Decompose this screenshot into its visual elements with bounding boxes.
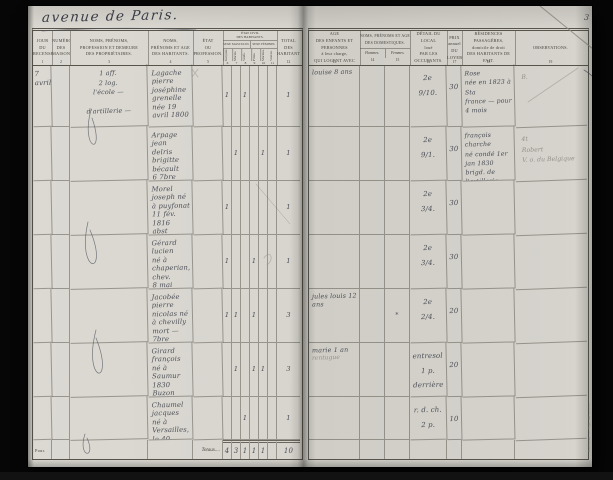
cell-filles: 1	[250, 289, 259, 343]
cell-mariees	[259, 181, 268, 235]
cell-filles	[250, 65, 259, 127]
header-domestiques-label-row: NOMS, PRÉNOMS ET AGE DES DOMESTIQUES.	[360, 31, 410, 49]
cell-proprietaire: 1 aff. 2 log. l'école — d'artillerie —	[69, 64, 148, 128]
cell-total: 1	[277, 181, 300, 235]
cell-maries: 1	[232, 289, 241, 343]
cell-veuves	[268, 343, 277, 397]
cell-detail-local: entresol 1 p. derrière 20	[409, 343, 447, 398]
cell-residences: Rose née en 1823 à Sta france — pour 4 m…	[461, 64, 515, 127]
cell-etat	[192, 65, 223, 128]
column-footnote: 15	[385, 58, 410, 65]
register-two-page-spread: avenue de Paris. 3 Pontoise. — Typ. de —…	[28, 6, 592, 467]
cell-domestiques-hommes	[360, 343, 385, 397]
header-etat-profession: ÉTAT OU PROFESSION.5	[193, 31, 224, 65]
footer-pour-label: Pour.	[33, 440, 52, 459]
cell-garcons: 1	[223, 289, 232, 343]
cell-proprietaire	[69, 180, 148, 236]
cell-proprietaire	[70, 396, 149, 441]
cell-etat	[192, 289, 223, 344]
enfants-ink	[312, 399, 359, 400]
page-number-handwritten: 3	[584, 13, 590, 22]
cell-garcons	[223, 343, 232, 397]
cell-numero	[52, 440, 70, 459]
totaux-maries: 3	[232, 440, 241, 459]
cell-enfants	[309, 397, 360, 440]
cell-domestiques-femmes	[385, 65, 410, 127]
header-domestiques-label: NOMS, PRÉNOMS ET AGE DES DOMESTIQUES.	[360, 33, 410, 45]
cell-prix-loyer: 10	[447, 397, 463, 440]
cell-detail-local: 2e 3/4.	[409, 181, 447, 236]
scanned-register-photo: avenue de Paris. 3 Pontoise. — Typ. de —…	[0, 0, 613, 480]
cell-prix-loyer: 30	[446, 181, 462, 235]
header-domestiques-sexes: Hommes.Femmes.	[360, 49, 410, 58]
cell-residences	[462, 440, 515, 459]
cell-domestiques-hommes	[360, 235, 385, 289]
cell-prix-loyer: 20	[446, 343, 462, 397]
column-footnote: 13	[309, 60, 360, 64]
enfants-pencil	[312, 129, 359, 131]
header-total: TOTAL DES HABITANTS.12	[277, 31, 300, 65]
cell-filles	[250, 397, 259, 440]
column-footnote: 12	[277, 60, 300, 64]
cell-detail-local: 2e 2/4.	[409, 289, 447, 344]
cell-veufs: 1	[241, 397, 250, 440]
cell-proprietaire	[69, 288, 148, 344]
header-detail-local: DÉTAIL DU LOCAL loué PAR LES OCCUPANTS.1…	[410, 31, 448, 65]
header-dom-femmes: Femmes.	[386, 49, 411, 58]
cell-domestiques-femmes	[385, 440, 410, 459]
cell-numero	[52, 289, 70, 343]
cell-domestiques-hommes	[360, 289, 385, 343]
cell-prix-loyer: 30	[446, 65, 462, 127]
cell-enfants: marie 1 anrentugue	[309, 343, 360, 397]
cell-observations	[514, 396, 586, 441]
cell-numero	[52, 343, 70, 397]
enfants-ink	[312, 183, 359, 184]
cell-numero	[52, 127, 70, 181]
column-footnote: 2	[52, 60, 70, 64]
header-jour: JOUR DU RECENSEMENT.1	[33, 31, 53, 65]
cell-maries: 1	[232, 343, 241, 397]
cell-proprietaire	[69, 342, 148, 398]
cell-veuves	[268, 127, 277, 181]
cell-observations	[514, 288, 587, 344]
cell-habitants: Morel joseph né à puyfonat 11 fév. 1816 …	[147, 180, 193, 235]
cell-residences	[461, 234, 515, 289]
totaux-mariees: 1	[259, 440, 268, 459]
column-footnote: 16	[410, 60, 447, 64]
enfants-ink	[312, 237, 359, 238]
header-mariees: Mariées.	[260, 49, 269, 61]
cell-domestiques-femmes	[385, 235, 410, 289]
cell-detail-local: 2e 3/4.	[409, 235, 447, 290]
cell-veuves	[268, 397, 277, 440]
cell-jour	[32, 235, 52, 289]
cell-domestiques-femmes: *	[385, 289, 410, 343]
cell-veufs: 1	[241, 65, 250, 127]
cell-numero	[52, 65, 70, 127]
column-footnote: 1	[33, 60, 52, 64]
cell-veuves	[268, 65, 277, 127]
header-residences: RÉSIDENCES PASSAGÈRES, domicile de droit…	[462, 31, 516, 65]
cell-prix-loyer: 30	[446, 235, 462, 289]
header-jour-label: JOUR DU RECENSEMENT.	[33, 38, 52, 58]
cell-residences: françois charche né condé 1er jan 1830 b…	[461, 126, 515, 181]
header-total-label: TOTAL DES HABITANTS.	[277, 38, 300, 58]
cell-residences	[461, 288, 515, 343]
cell-maries	[232, 181, 241, 235]
header-etat-label: ÉTAT OU PROFESSION.	[193, 38, 223, 58]
cell-mariees	[259, 65, 268, 127]
header-numeros: NUMÉROS DES MAISONS.2	[52, 31, 71, 65]
cell-prix-loyer	[447, 440, 462, 459]
header-garcons: Garçons.	[223, 49, 232, 61]
cell-garcons: 1	[223, 235, 232, 289]
cell-mariees: 1	[259, 343, 268, 397]
cell-habitants	[148, 440, 193, 459]
header-observations-label: OBSERVATIONS.	[515, 45, 586, 52]
cell-mariees: 1	[259, 127, 268, 181]
cell-maries: 1	[232, 127, 241, 181]
cell-garcons: 1	[223, 181, 232, 235]
cell-habitants: Gérard lucien né à chaperian, chev. 8 ma…	[147, 234, 193, 289]
cell-residences	[462, 396, 516, 440]
cell-observations	[515, 440, 586, 459]
cell-observations	[514, 180, 587, 236]
header-etat-civil-group: ÉTAT CIVIL DES HABITANTS. SEXE MASCULIN.…	[223, 31, 278, 65]
column-footnote: 4	[148, 60, 193, 64]
cell-etat	[192, 235, 223, 290]
cell-numero	[52, 235, 70, 289]
header-sexe-feminin: SEXE FÉMININ.	[251, 41, 278, 48]
cell-etat	[193, 397, 224, 441]
cell-residences	[461, 342, 515, 397]
totaux-veufs: 1	[241, 440, 250, 459]
cell-prix-loyer: 20	[446, 289, 462, 343]
column-footnote: 17	[447, 60, 462, 64]
domestiques-footnotes: 1415	[360, 58, 410, 65]
cell-maries	[232, 397, 241, 440]
cell-mariees	[259, 289, 268, 343]
column-footnote: 5	[193, 60, 223, 64]
header-prix-label: PRIX annuel DU LOYER.	[447, 35, 462, 62]
header-civil-subcolumns: Garçons.Mariés.Veufs.Filles.Mariées.Veuv…	[223, 49, 277, 61]
totaux-label: Totaux....	[193, 440, 223, 459]
cell-jour	[32, 181, 52, 235]
header-dom-hommes: Hommes.	[360, 49, 386, 58]
printer-imprint: Pontoise. — Typ. de ———	[587, 332, 591, 452]
cell-total: 1	[277, 65, 300, 127]
column-footnote: 14	[360, 58, 385, 65]
cell-enfants	[309, 127, 360, 181]
cell-domestiques-hommes	[360, 440, 385, 459]
header-habitants: NOMS, PRÉNOMS ET AGE DES HABITANTS.4	[148, 31, 194, 65]
cell-enfants: louise 8 ans	[309, 65, 360, 127]
cell-jour	[32, 343, 52, 397]
cell-total: 1	[277, 235, 300, 289]
cell-detail-local: 2e 9/10.	[409, 65, 447, 128]
cell-etat	[192, 181, 223, 236]
cell-etat	[192, 127, 223, 182]
header-sexe-row: SEXE MASCULIN.SEXE FÉMININ.	[223, 41, 277, 49]
cell-numero	[52, 181, 70, 235]
cell-domestiques-femmes	[385, 181, 410, 235]
cell-habitants: Chaumel jacques né à Versailles, le 40 7…	[148, 396, 194, 440]
cell-jour	[32, 289, 52, 343]
cell-domestiques-hommes	[360, 181, 385, 235]
totaux-filles: 1	[250, 440, 259, 459]
header-domestiques-group: NOMS, PRÉNOMS ET AGE DES DOMESTIQUES. Ho…	[360, 31, 411, 65]
cell-veufs	[241, 235, 250, 289]
cell-domestiques-femmes	[385, 343, 410, 397]
totaux-garcons: 4	[223, 440, 232, 459]
cell-habitants: Jacobée pierre nicolas né à chevilly mor…	[147, 288, 193, 343]
census-table-right-page: NOMS, PRÉNOMS ET AGE DES ENFANTS ET PERS…	[308, 28, 589, 460]
left-table-body: 7 avril1 aff. 2 log. l'école — d'artille…	[33, 65, 300, 459]
totaux-veuves	[268, 440, 277, 459]
right-table-body: louise 8 ans2e 9/10.30Rose née en 1823 à…	[309, 65, 586, 459]
cell-veufs	[241, 127, 250, 181]
cell-enfants: jules louis 12 ans	[309, 289, 360, 343]
header-filles: Filles.	[251, 49, 260, 61]
cell-maries	[232, 65, 241, 127]
cell-filles	[250, 127, 259, 181]
cell-detail-local	[410, 440, 447, 459]
cell-domestiques-hommes	[360, 127, 385, 181]
cell-domestiques-hommes	[360, 397, 385, 440]
left-table-header: JOUR DU RECENSEMENT.1 NUMÉROS DES MAISON…	[33, 31, 302, 66]
header-numeros-label: NUMÉROS DES MAISONS.	[52, 38, 70, 58]
enfants-pencil: rentugue	[312, 353, 359, 362]
header-etat-civil-label: ÉTAT CIVIL DES HABITANTS.	[223, 31, 277, 41]
cell-filles: 1	[250, 235, 259, 289]
enfants-ink: louise 8 ans	[312, 67, 359, 76]
street-title-handwritten: avenue de Paris.	[41, 6, 232, 26]
cell-observations: 4t Robert V. o. du Belgique	[514, 126, 587, 182]
cell-detail-local: 2e 9/1.	[409, 127, 447, 182]
census-table-left-page: JOUR DU RECENSEMENT.1 NUMÉROS DES MAISON…	[32, 28, 303, 460]
cell-enfants	[309, 440, 360, 459]
cell-proprietaire	[70, 440, 148, 459]
cell-observations	[514, 234, 587, 290]
cell-veuves	[268, 289, 277, 343]
cell-jour	[33, 397, 53, 440]
column-footnote: 18	[462, 60, 515, 64]
cell-domestiques-femmes	[385, 397, 410, 440]
cell-total: 1	[277, 397, 300, 440]
right-table-header: NOMS, PRÉNOMS ET AGE DES ENFANTS ET PERS…	[309, 31, 588, 66]
cell-enfants	[309, 235, 360, 289]
enfants-ink: jules louis 12 ans	[312, 291, 359, 308]
cell-jour: 7 avril	[32, 65, 52, 127]
header-proprietaires: NOMS, PRÉNOMS, PROFESSION ET DEMEURE DES…	[70, 31, 149, 65]
cell-garcons: 1	[223, 65, 232, 127]
cell-veufs	[241, 289, 250, 343]
cell-veufs	[241, 343, 250, 397]
cell-veuves	[268, 235, 277, 289]
cell-veuves	[268, 181, 277, 235]
cell-garcons	[223, 127, 232, 181]
header-veuves: Veuves.	[269, 49, 277, 61]
header-maries: Mariés.	[232, 49, 241, 61]
totaux-general: 10	[277, 440, 300, 459]
cell-total: 1	[277, 127, 300, 181]
header-observations: OBSERVATIONS.19	[515, 31, 586, 65]
header-sexe-masculin: SEXE MASCULIN.	[223, 41, 251, 48]
enfants-ink	[312, 129, 359, 130]
header-habitants-label: NOMS, PRÉNOMS ET AGE DES HABITANTS.	[148, 38, 193, 58]
cell-enfants	[309, 181, 360, 235]
cell-domestiques-hommes	[360, 65, 385, 127]
header-prix-loyer: PRIX annuel DU LOYER.17	[447, 31, 463, 65]
cell-mariees	[259, 235, 268, 289]
cell-habitants: Girard françois né à Saumur 1830 Buzon a…	[147, 342, 193, 397]
cell-proprietaire	[69, 234, 148, 290]
cell-garcons	[223, 397, 232, 440]
cell-veufs	[241, 181, 250, 235]
cell-total: 3	[277, 289, 300, 343]
cell-habitants: Arpage jean delris brigitte bécault 6 7b…	[147, 126, 193, 181]
cell-proprietaire	[69, 126, 148, 182]
cell-domestiques-femmes	[385, 127, 410, 181]
cell-maries	[232, 235, 241, 289]
cell-observations: B.	[514, 64, 587, 128]
header-proprietaires-label: NOMS, PRÉNOMS, PROFESSION ET DEMEURE DES…	[70, 38, 148, 58]
cell-filles	[250, 181, 259, 235]
cell-prix-loyer: 30	[446, 127, 462, 181]
cell-numero	[52, 397, 70, 440]
cell-detail-local: r. d. ch. 2 p.	[410, 397, 448, 441]
cell-total: 3	[277, 343, 300, 397]
cell-etat	[192, 343, 223, 398]
cell-habitants: Lagache pierre joséphine grenelle née 19…	[147, 64, 193, 127]
cell-jour	[32, 127, 52, 181]
cell-observations	[514, 342, 587, 398]
cell-residences	[461, 180, 515, 235]
header-enfants: NOMS, PRÉNOMS ET AGE DES ENFANTS ET PERS…	[309, 31, 361, 65]
header-veufs: Veufs.	[241, 49, 250, 61]
cell-filles: 1	[250, 343, 259, 397]
cell-mariees	[259, 397, 268, 440]
